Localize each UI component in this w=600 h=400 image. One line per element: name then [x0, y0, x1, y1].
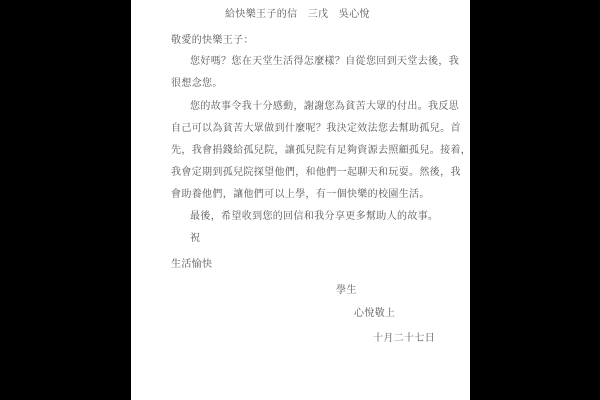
paragraph-2-line-3: 先，我會捐錢給孤兒院，讓孤兒院有足夠資源去照顧孤兒。接着， — [171, 145, 471, 157]
paragraph-2-line-1: 您的故事令我十分感動，謝謝您為貧苦大眾的付出。我反思 — [190, 101, 459, 113]
letter-date: 十月二十七日 — [373, 333, 435, 345]
letter-page: 給快樂王子的信 三戊 吳心悅 敬愛的快樂王子： 您好嗎？您在天堂生活得怎麼樣？自… — [131, 0, 470, 400]
paragraph-2-line-2: 自己可以為貧苦大眾做到什麼呢？我決定效法您去幫助孤兒。首 — [171, 123, 461, 135]
paragraph-1-line-1: 您好嗎？您在天堂生活得怎麼樣？自從您回到天堂去後，我 — [190, 56, 459, 68]
closing-phrase: 生活愉快 — [171, 259, 212, 271]
closing-wish: 祝 — [190, 233, 200, 245]
letter-title: 給快樂王子的信 三戊 吳心悅 — [225, 9, 370, 21]
signature-name: 心悅敬上 — [354, 308, 395, 320]
paragraph-1-line-2: 很想念您。 — [171, 78, 223, 90]
paragraph-2-line-5: 會助養他們，讓他們可以上學，有一個快樂的校園生活。 — [171, 189, 430, 201]
paragraph-2-line-4: 我會定期到孤兒院探望他們，和他們一起聊天和玩耍。然後，我 — [171, 167, 461, 179]
signature-role: 學生 — [336, 285, 357, 297]
paragraph-3: 最後，希望收到您的回信和我分享更多幫助人的故事。 — [190, 211, 438, 223]
salutation: 敬愛的快樂王子： — [171, 35, 254, 47]
